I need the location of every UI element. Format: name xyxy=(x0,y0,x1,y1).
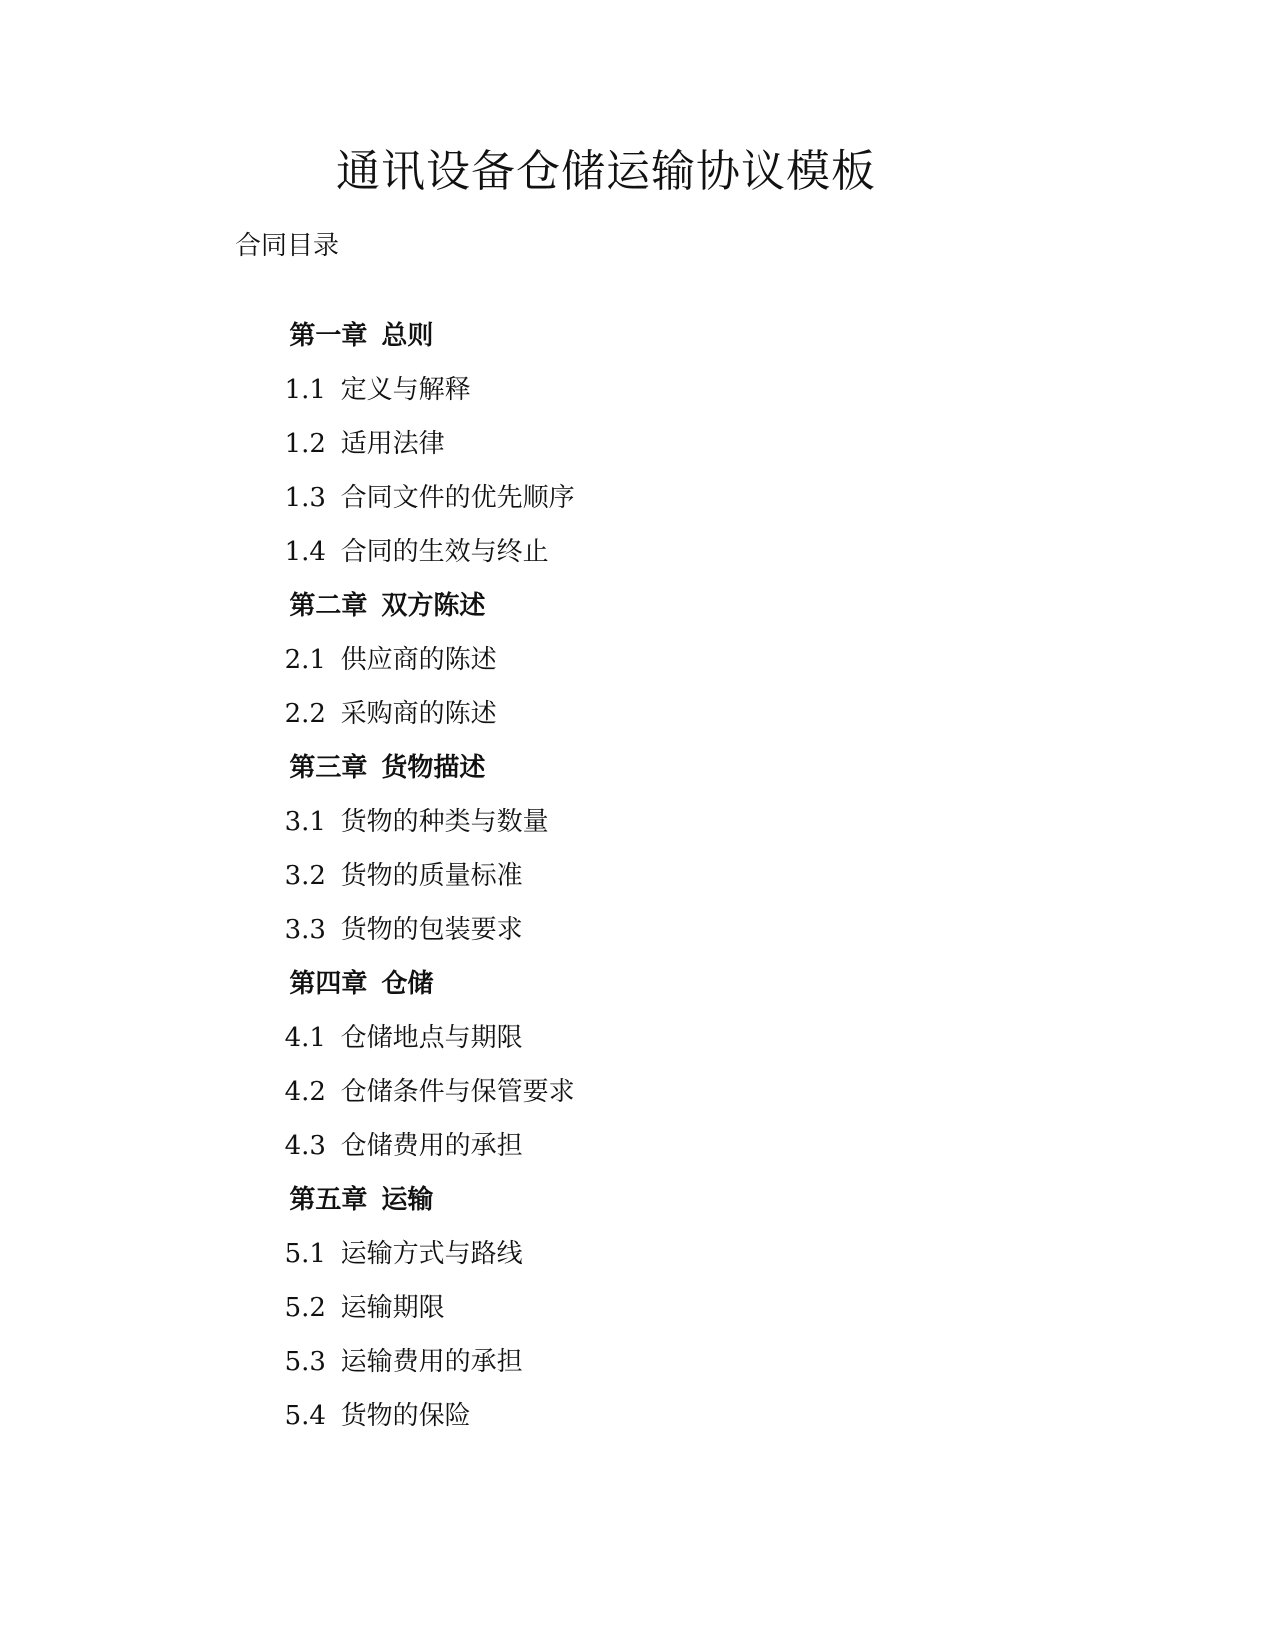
section-number: 4.2 xyxy=(285,1074,341,1110)
chapter-title: 运输 xyxy=(381,1185,433,1215)
section-title: 定义与解释 xyxy=(341,375,471,405)
section-number: 3.1 xyxy=(285,804,341,840)
section-number: 3.3 xyxy=(285,912,341,948)
section-title: 运输期限 xyxy=(341,1293,445,1323)
chapter-label: 第四章 xyxy=(289,969,367,999)
section-number: 1.1 xyxy=(285,372,341,408)
section-title: 供应商的陈述 xyxy=(341,645,497,675)
section-number: 5.2 xyxy=(285,1290,341,1326)
section-title: 货物的保险 xyxy=(341,1401,471,1431)
section-number: 4.1 xyxy=(285,1020,341,1056)
chapter-label: 第一章 xyxy=(289,321,367,351)
toc-chapter-1[interactable]: 第一章总则 xyxy=(235,282,575,336)
chapter-label: 第五章 xyxy=(289,1185,367,1215)
section-title: 货物的包装要求 xyxy=(341,915,523,945)
section-number: 3.2 xyxy=(285,858,341,894)
section-number: 1.3 xyxy=(285,480,341,516)
section-number: 4.3 xyxy=(285,1128,341,1164)
section-title: 运输方式与路线 xyxy=(341,1239,523,1269)
section-title: 仓储费用的承担 xyxy=(341,1131,523,1161)
chapter-title: 双方陈述 xyxy=(381,591,485,621)
document-page: 通讯设备仓储运输协议模板 合同目录 第一章总则 1.1定义与解释 1.2适用法律… xyxy=(0,0,1275,1650)
section-number: 1.4 xyxy=(285,534,341,570)
section-title: 货物的种类与数量 xyxy=(341,807,549,837)
section-number: 5.3 xyxy=(285,1344,341,1380)
section-title: 采购商的陈述 xyxy=(341,699,497,729)
chapter-title: 总则 xyxy=(381,321,433,351)
section-title: 仓储地点与期限 xyxy=(341,1023,523,1053)
table-of-contents: 合同目录 第一章总则 1.1定义与解释 1.2适用法律 1.3合同文件的优先顺序… xyxy=(235,228,575,1416)
chapter-label: 第三章 xyxy=(289,753,367,783)
section-title: 适用法律 xyxy=(341,429,445,459)
chapter-title: 货物描述 xyxy=(381,753,485,783)
section-title: 运输费用的承担 xyxy=(341,1347,523,1377)
section-title: 合同的生效与终止 xyxy=(341,537,549,567)
section-title: 合同文件的优先顺序 xyxy=(341,483,575,513)
section-title: 仓储条件与保管要求 xyxy=(341,1077,575,1107)
chapter-title: 仓储 xyxy=(381,969,433,999)
section-number: 2.2 xyxy=(285,696,341,732)
document-title: 通讯设备仓储运输协议模板 xyxy=(0,140,1212,204)
toc-heading: 合同目录 xyxy=(235,228,575,282)
section-number: 2.1 xyxy=(285,642,341,678)
section-number: 5.4 xyxy=(285,1398,341,1434)
section-title: 货物的质量标准 xyxy=(341,861,523,891)
chapter-label: 第二章 xyxy=(289,591,367,621)
section-number: 5.1 xyxy=(285,1236,341,1272)
section-number: 1.2 xyxy=(285,426,341,462)
